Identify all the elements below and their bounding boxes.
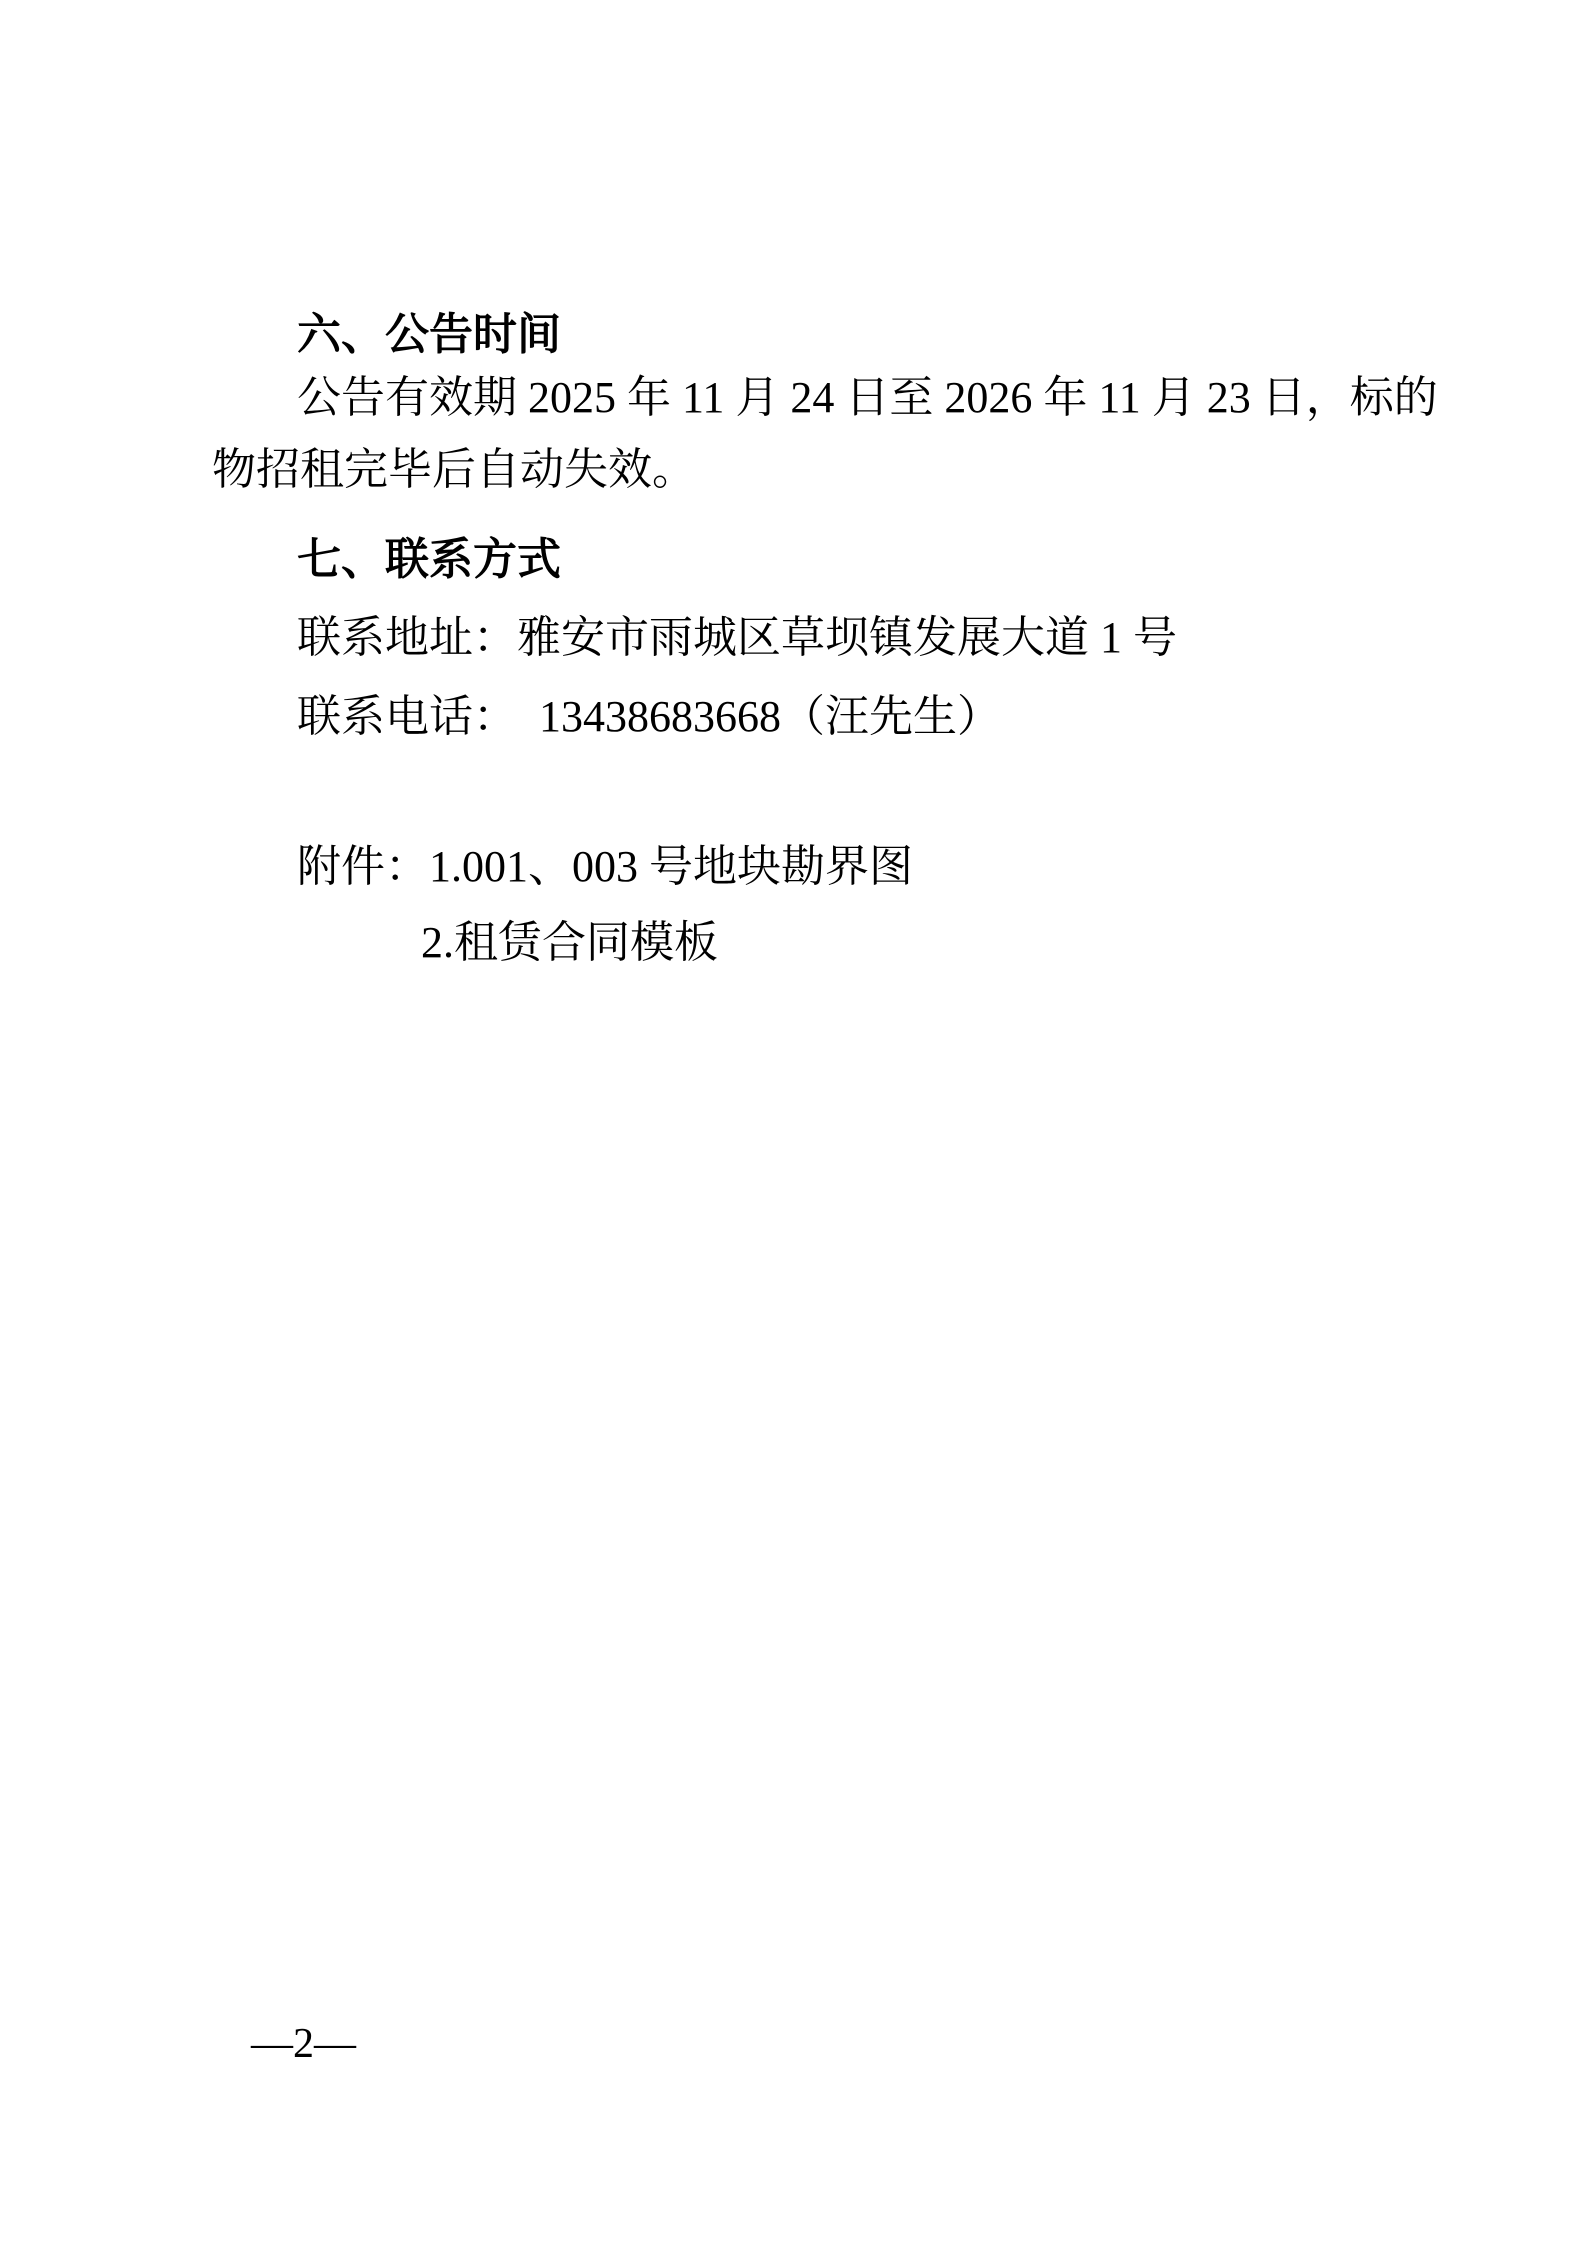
contact-address-line: 联系地址：雅安市雨城区草坝镇发展大道 1 号	[297, 612, 1177, 664]
section-heading-contact-info: 七、联系方式	[297, 534, 561, 586]
page-number: —2—	[251, 2020, 356, 2068]
announcement-period-line-1: 公告有效期 2025 年 11 月 24 日至 2026 年 11 月 23 日…	[297, 372, 1438, 424]
announcement-period-line-2: 物招租完毕后自动失效。	[212, 444, 696, 496]
section-heading-announcement-time: 六、公告时间	[297, 309, 561, 361]
attachments-line-1: 附件：1.001、003 号地块勘界图	[297, 841, 913, 893]
document-page: 六、公告时间 公告有效期 2025 年 11 月 24 日至 2026 年 11…	[0, 0, 1587, 2245]
attachments-line-2: 2.租赁合同模板	[421, 917, 718, 969]
contact-phone-line: 联系电话： 13438683668（汪先生）	[297, 691, 1001, 743]
